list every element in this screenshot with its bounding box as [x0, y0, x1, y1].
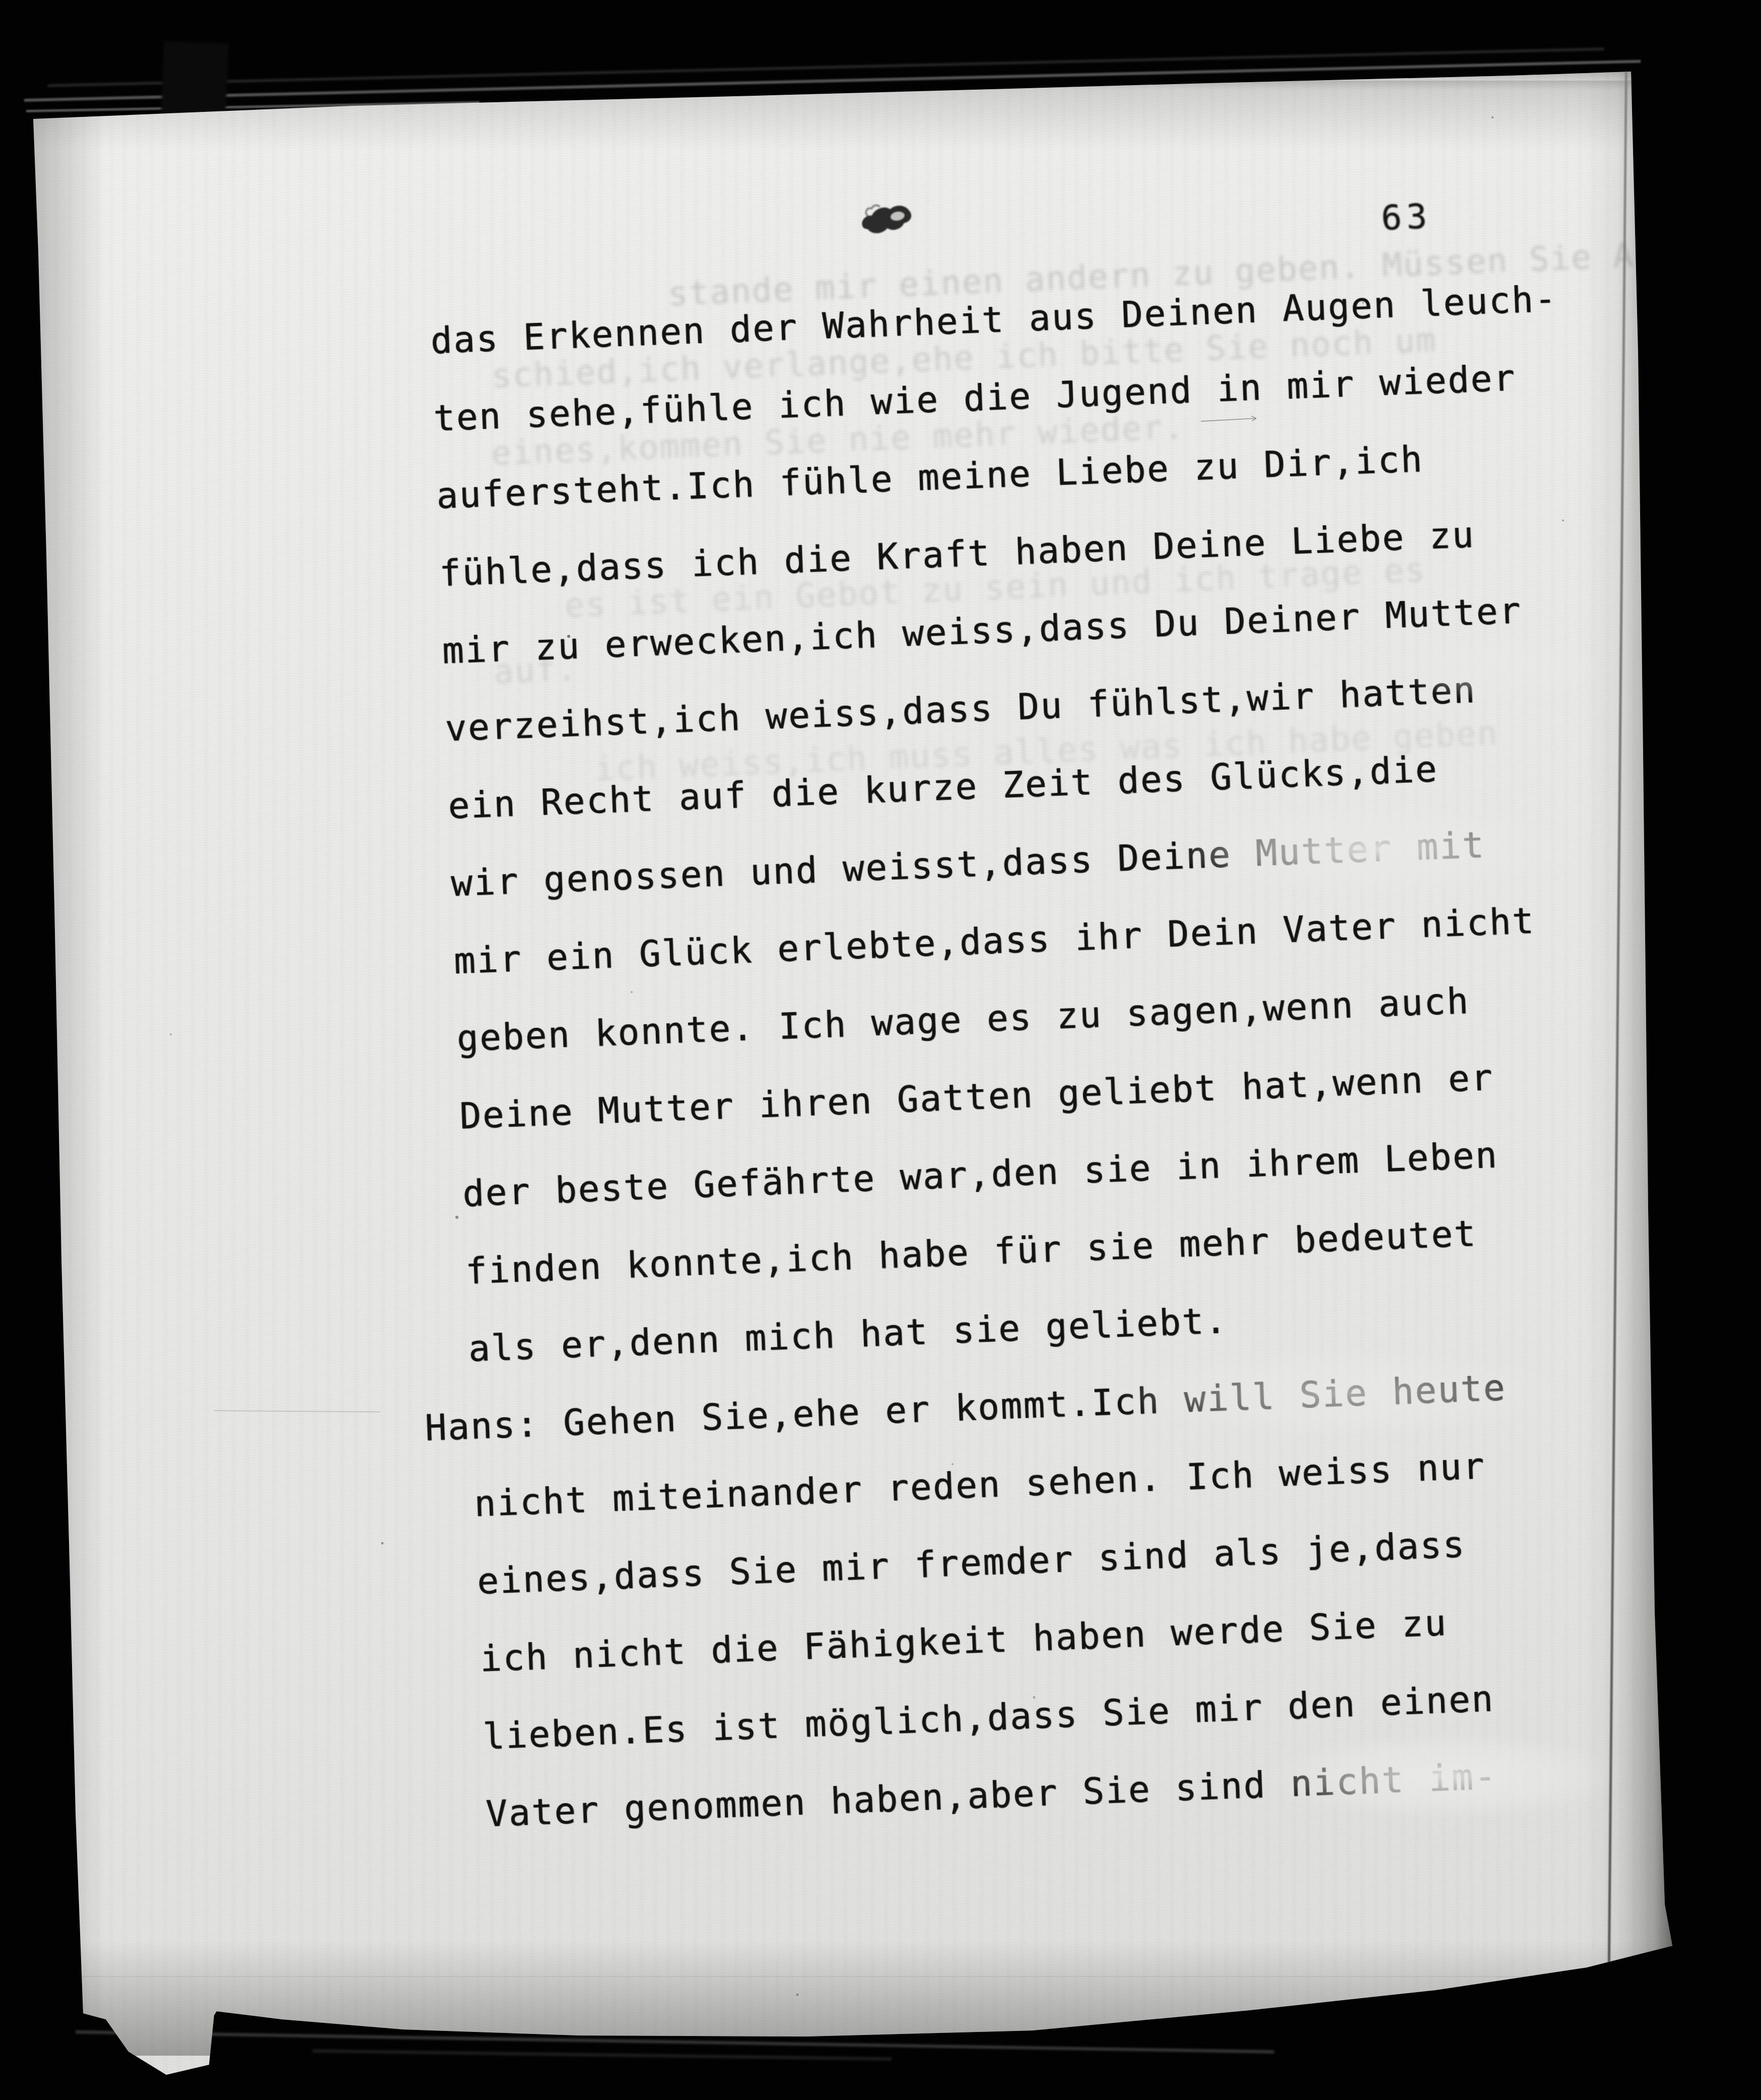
top-edge-shadow	[0, 81, 1761, 151]
left-edge-shadow	[20, 0, 106, 2100]
page-number: 63	[1380, 196, 1432, 238]
manuscript-page: stande mir einen andern zu geben. Müssen…	[0, 0, 1761, 2100]
right-edge-crease	[1608, 64, 1628, 1964]
bottom-edge-shadow	[0, 1940, 1761, 2056]
stacked-sheet-edge-bottom	[312, 2050, 892, 2060]
hairline-scratch	[214, 1410, 380, 1412]
ink-smudge	[850, 192, 928, 249]
scan-artifact-line	[0, 1976, 1761, 1977]
top-edge-shadow	[0, 59, 1761, 90]
photographed-manuscript: stande mir einen andern zu geben. Müssen…	[0, 0, 1761, 2100]
dust-specks	[0, 0, 1, 1]
typed-text-block: das Erkennen der Wahrheit aus Deinen Aug…	[429, 260, 1614, 1853]
